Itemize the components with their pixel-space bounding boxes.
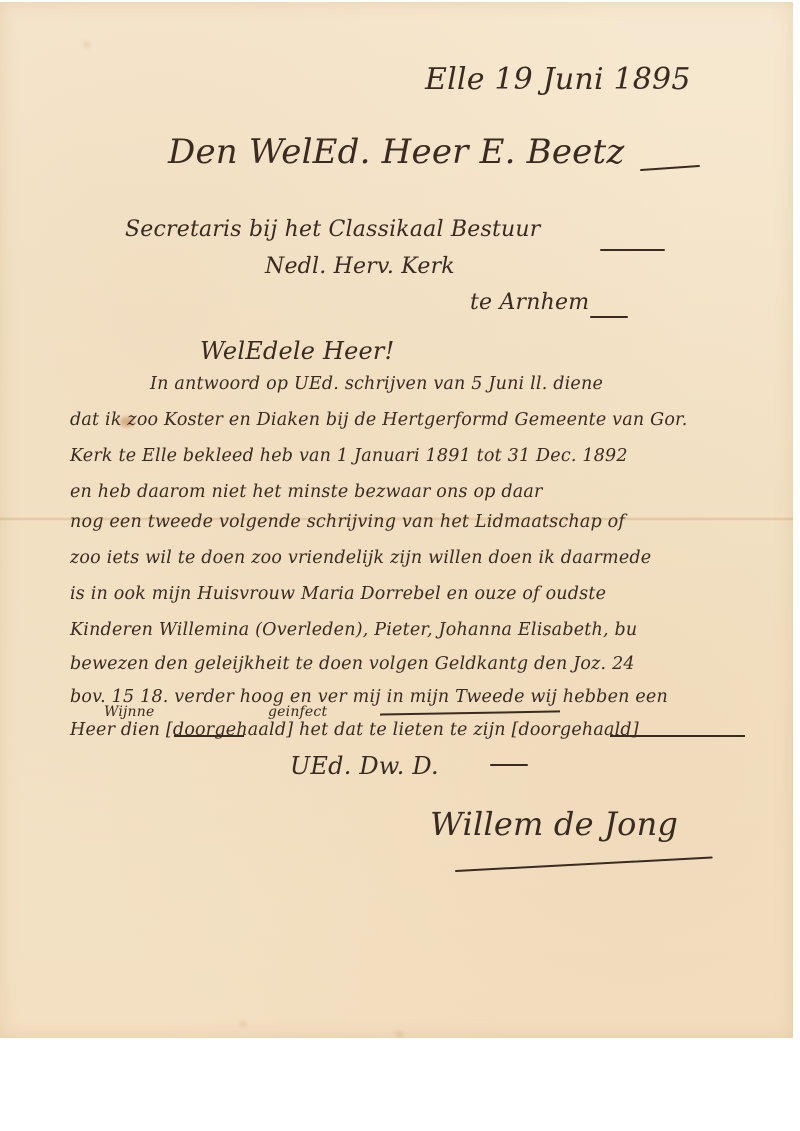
address-line-church: Nedl. Herv. Kerk xyxy=(265,254,455,279)
ink-stain xyxy=(240,1022,246,1026)
scan-page: Elle 19 Juni 1895 Den WelEd. Heer E. Bee… xyxy=(0,0,800,1131)
strikethrough-mark xyxy=(610,735,745,737)
salutation: WelEdele Heer! xyxy=(200,337,394,365)
interlinear-insertion: Wijnne xyxy=(104,704,154,720)
body-line: bewezen den geleijkheit te doen volgen G… xyxy=(70,654,635,674)
body-line-last: Heer dien [doorgehaald] het dat te liete… xyxy=(70,720,639,740)
ink-stain xyxy=(395,1032,403,1036)
address-line-secretary: Secretaris bij het Classikaal Bestuur xyxy=(125,217,540,242)
letter-paper: Elle 19 Juni 1895 Den WelEd. Heer E. Bee… xyxy=(0,2,793,1038)
body-line: nog een tweede volgende schrijving van h… xyxy=(70,512,625,532)
closing: UEd. Dw. D. xyxy=(290,752,439,780)
body-line: dat ik zoo Koster en Diaken bij de Hertg… xyxy=(70,410,687,430)
closing-flourish xyxy=(490,764,528,766)
body-line: en heb daarom niet het minste bezwaar on… xyxy=(70,482,543,502)
body-line: Kerk te Elle bekleed heb van 1 Januari 1… xyxy=(70,446,628,466)
addressee: Den WelEd. Heer E. Beetz xyxy=(168,132,624,172)
body-line: bov. 15 18. verder hoog en ver mij in mi… xyxy=(70,687,668,707)
body-line: is in ook mijn Huisvrouw Maria Dorrebel … xyxy=(70,584,606,604)
city-flourish xyxy=(590,316,628,318)
signature: Willem de Jong xyxy=(430,805,678,843)
body-line: In antwoord op UEd. schrijven van 5 Juni… xyxy=(150,374,603,394)
body-line: zoo iets wil te doen zoo vriendelijk zij… xyxy=(70,548,651,568)
body-line: Kinderen Willemina (Overleden), Pieter, … xyxy=(70,620,637,640)
addressee-flourish xyxy=(640,165,700,171)
strikethrough-mark xyxy=(174,735,244,737)
dateline: Elle 19 Juni 1895 xyxy=(425,62,691,97)
interlinear-insertion: geinfect xyxy=(268,704,327,720)
address-flourish xyxy=(600,249,665,251)
signature-underline xyxy=(455,856,713,871)
underline-mark xyxy=(380,710,560,715)
ink-stain xyxy=(84,42,89,47)
address-line-city: te Arnhem xyxy=(470,290,589,315)
